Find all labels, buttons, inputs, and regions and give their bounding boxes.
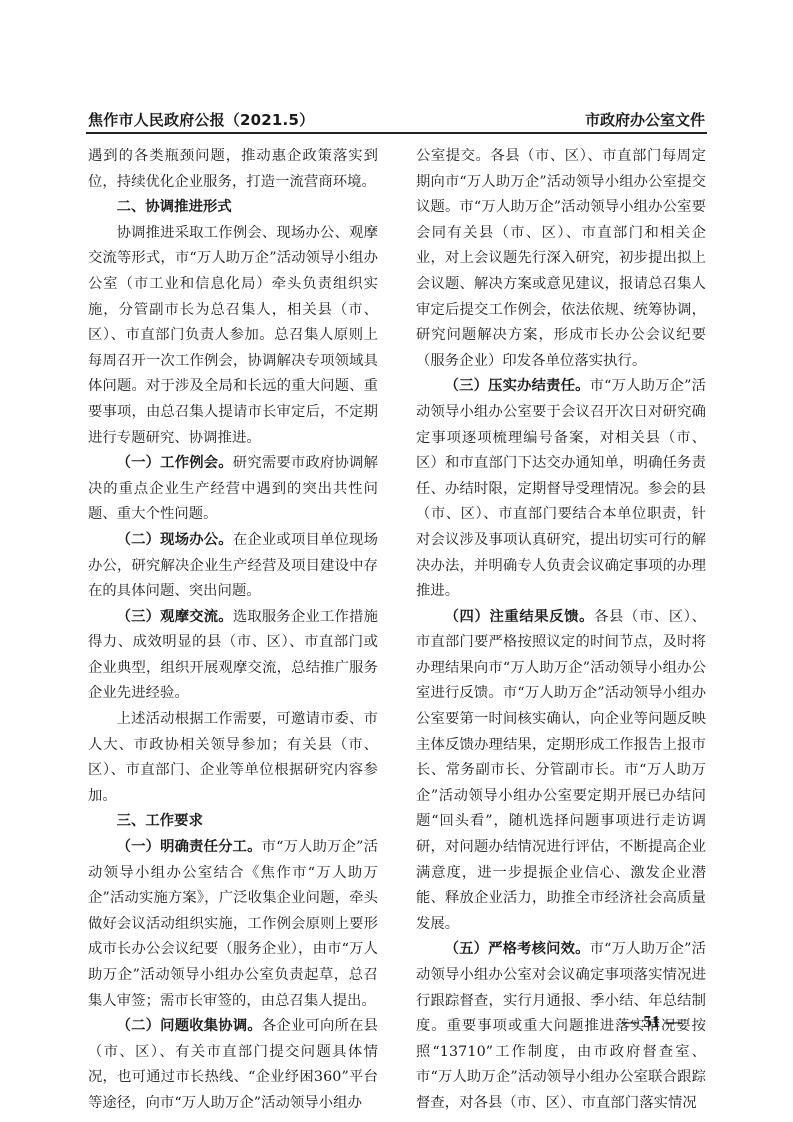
- paragraph: 遇到的各类瓶颈问题，推动惠企政策落实到位，持续优化企业服务，打造一流营商环境。: [88, 144, 378, 195]
- subheading: （一）明确责任分工。: [117, 839, 262, 855]
- paragraph: （二）现场办公。在企业或项目单位现场办公，研究解决企业生产经营及项目建设中存在的…: [88, 528, 378, 605]
- left-column: 遇到的各类瓶颈问题，推动惠企政策落实到位，持续优化企业服务，打造一流营商环境。 …: [88, 144, 378, 1117]
- section-heading-3: 三、工作要求: [88, 809, 378, 835]
- subheading: （一）工作例会。: [117, 455, 233, 471]
- paragraph-text: 市“万人助万企”活动领导小组办公室要于会议召开次日对研究确定事项逐项梳理编号备案…: [416, 378, 706, 599]
- section-title: 市政府办公室文件: [585, 109, 705, 130]
- paragraph: （三）压实办结责任。市“万人助万企”活动领导小组办公室要于会议召开次日对研究确定…: [416, 374, 706, 604]
- paragraph-text: 市“万人助万企”活动领导小组办公室结合《焦作市“万人助万企”活动实施方案》，广泛…: [88, 839, 378, 1009]
- running-header: 焦作市人民政府公报（2021.5） 市政府办公室文件: [88, 109, 705, 131]
- subheading: （二）问题收集协调。: [117, 1018, 262, 1034]
- subheading: （三）观摩交流。: [117, 609, 233, 625]
- subheading: （二）现场办公。: [117, 532, 233, 548]
- header-rule: [86, 132, 707, 134]
- paragraph: 公室提交。各县（市、区）、市直部门每周定期向市“万人助万企”活动领导小组办公室提…: [416, 144, 706, 374]
- paragraph-text: 各县（市、区）、市直部门要严格按照议定的时间节点，及时将办理结果向市“万人助万企…: [416, 609, 706, 932]
- section-heading-2: 二、协调推进形式: [88, 195, 378, 221]
- page-number: — 51 —: [622, 1012, 682, 1032]
- paragraph: （一）明确责任分工。市“万人助万企”活动领导小组办公室结合《焦作市“万人助万企”…: [88, 835, 378, 1014]
- publication-title: 焦作市人民政府公报（2021.5）: [88, 109, 314, 130]
- paragraph: （一）工作例会。研究需要市政府协调解决的重点企业生产经营中遇到的突出共性问题、重…: [88, 451, 378, 528]
- subheading: （五）严格考核问效。: [445, 941, 590, 957]
- subheading: （三）压实办结责任。: [445, 378, 590, 394]
- paragraph: （二）问题收集协调。各企业可向所在县（市、区）、有关市直部门提交问题具体情况，也…: [88, 1014, 378, 1116]
- subheading: （四）注重结果反馈。: [445, 609, 595, 625]
- right-column: 公室提交。各县（市、区）、市直部门每周定期向市“万人助万企”活动领导小组办公室提…: [416, 144, 706, 1117]
- paragraph: 协调推进采取工作例会、现场办公、观摩交流等形式，市“万人助万企”活动领导小组办公…: [88, 221, 378, 451]
- paragraph: 上述活动根据工作需要，可邀请市委、市人大、市政协相关领导参加；有关县（市、区）、…: [88, 707, 378, 809]
- paragraph: （三）观摩交流。选取服务企业工作措施得力、成效明显的县（市、区）、市直部门或企业…: [88, 605, 378, 707]
- paragraph: （四）注重结果反馈。各县（市、区）、市直部门要严格按照议定的时间节点，及时将办理…: [416, 605, 706, 938]
